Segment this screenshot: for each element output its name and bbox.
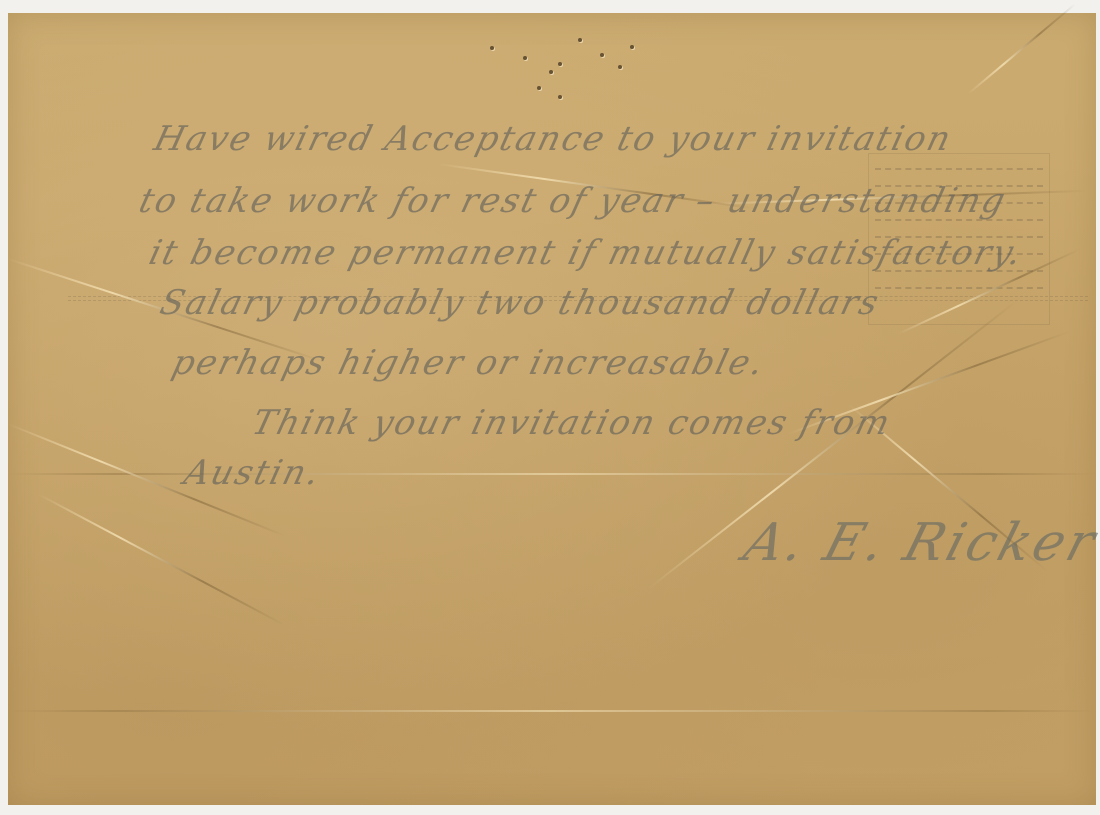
perforation-mark <box>618 65 622 69</box>
paper-sheet: Have wired Acceptance to your invitation… <box>8 13 1096 805</box>
perforation-mark <box>558 62 562 66</box>
perforation-mark <box>523 56 527 60</box>
handwritten-line: to take work for rest of year – understa… <box>135 181 1011 221</box>
crease <box>38 493 286 626</box>
handwritten-line: it become permanent if mutually satisfac… <box>145 233 1027 273</box>
perforation-mark <box>558 95 562 99</box>
perforation-mark <box>630 45 634 49</box>
handwritten-line: Think your invitation comes from <box>248 403 896 443</box>
perforation-mark <box>578 38 582 42</box>
perforation-mark <box>490 46 494 50</box>
handwritten-line: Salary probably two thousand dollars <box>156 283 884 323</box>
perforation-mark <box>537 86 541 90</box>
perforation-mark <box>549 70 553 74</box>
handwritten-line: Have wired Acceptance to your invitation <box>150 119 957 159</box>
signature: A. E. Ricker <box>737 513 1100 573</box>
crease <box>967 3 1076 95</box>
handwritten-line: perhaps higher or increasable. <box>168 343 769 383</box>
fold-line <box>8 710 1096 712</box>
perforation-mark <box>600 53 604 57</box>
handwritten-line: Austin. <box>180 453 325 493</box>
